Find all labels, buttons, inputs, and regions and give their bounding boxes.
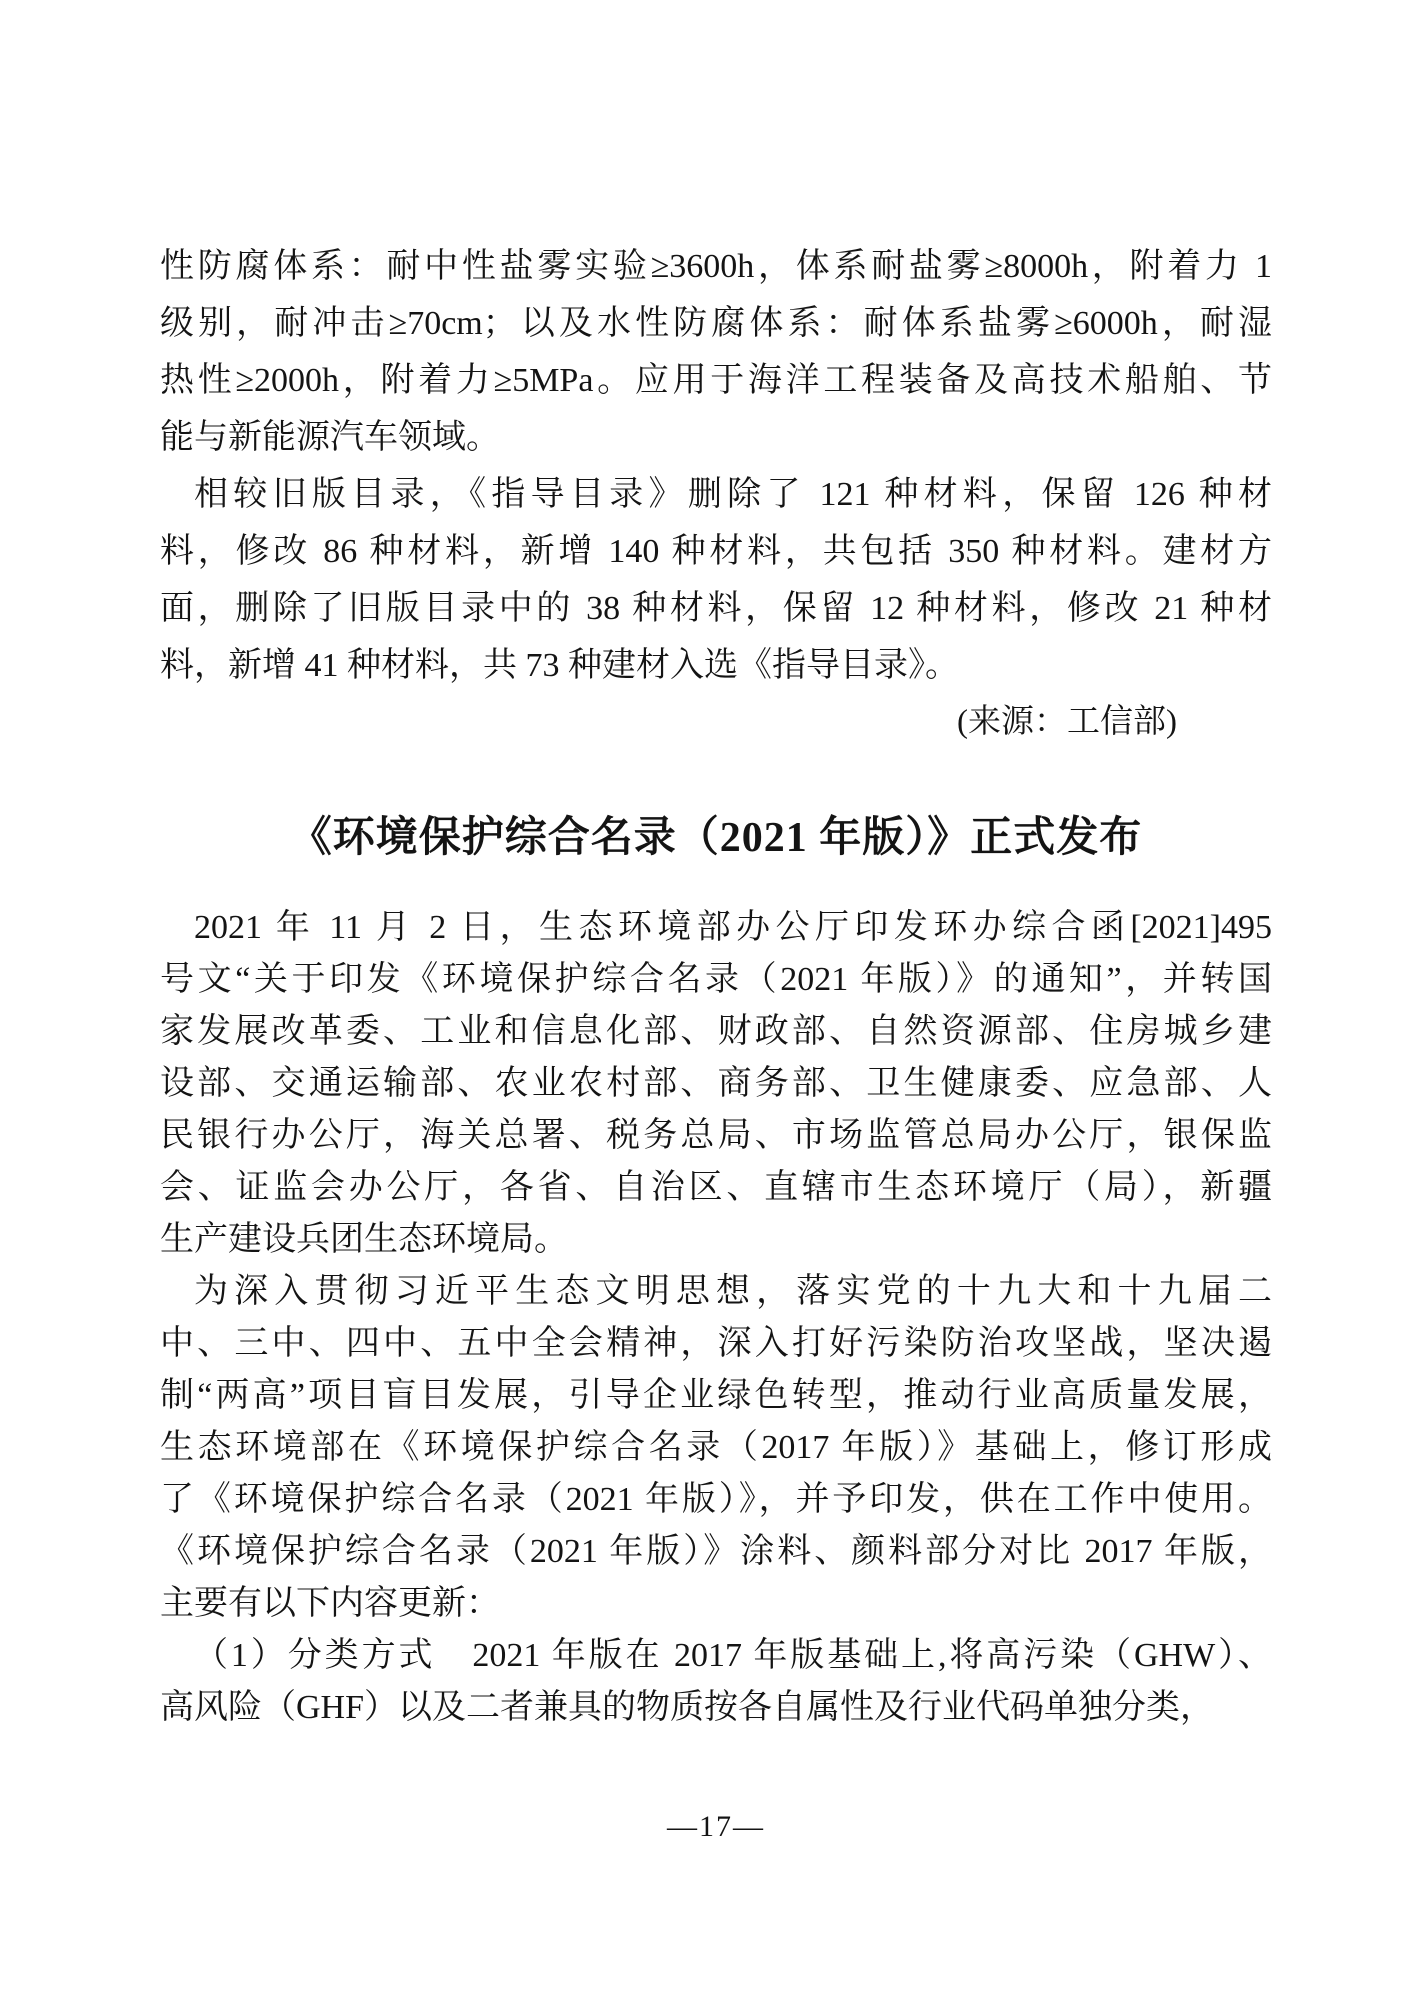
text-line: 面，删除了旧版目录中的 38 种材料，保留 12 种材料，修改 21 种材 [160,580,1272,637]
text-line: 相较旧版目录，《指导目录》删除了 121 种材料，保留 126 种材 [160,466,1272,523]
paragraph-anticorrosion: 性防腐体系：耐中性盐雾实验≥3600h，体系耐盐雾≥8000h，附着力 1 级别… [160,238,1272,466]
article-heading: 《环境保护综合名录（2021 年版）》正式发布 [160,808,1272,868]
paragraph-classification: （1）分类方式 2021 年版在 2017 年版基础上,将高污染（GHW）、 高… [160,1630,1272,1734]
paragraph-catalog-statistics: 相较旧版目录，《指导目录》删除了 121 种材料，保留 126 种材 料，修改 … [160,466,1272,694]
document-page: 性防腐体系：耐中性盐雾实验≥3600h，体系耐盐雾≥8000h，附着力 1 级别… [0,0,1415,2000]
page-number: —17— [160,1810,1272,1844]
text-line: （1）分类方式 2021 年版在 2017 年版基础上,将高污染（GHW）、 [160,1630,1272,1682]
text-line: 能与新能源汽车领域。 [160,409,1272,466]
text-line: 料，新增 41 种材料，共 73 种建材入选《指导目录》。 [160,637,1272,694]
text-line: 号文“关于印发《环境保护综合名录（2021 年版）》的通知”，并转国 [160,954,1272,1006]
source-note: (来源：工信部) [160,694,1272,751]
text-line: 设部、交通运输部、农业农村部、商务部、卫生健康委、应急部、人 [160,1058,1272,1110]
text-line: 中、三中、四中、五中全会精神，深入打好污染防治攻坚战，坚决遏 [160,1318,1272,1370]
text-line: 制“两高”项目盲目发展，引导企业绿色转型，推动行业高质量发展， [160,1370,1272,1422]
section-materials-catalog: 性防腐体系：耐中性盐雾实验≥3600h，体系耐盐雾≥8000h，附着力 1 级别… [160,238,1272,751]
text-line: 生态环境部在《环境保护综合名录（2017 年版）》基础上，修订形成 [160,1422,1272,1474]
text-line: 《环境保护综合名录（2021 年版）》涂料、颜料部分对比 2017 年版， [160,1526,1272,1578]
text-line: 主要有以下内容更新： [160,1578,1272,1630]
text-line: 为深入贯彻习近平生态文明思想，落实党的十九大和十九届二 [160,1266,1272,1318]
text-line: 生产建设兵团生态环境局。 [160,1214,1272,1266]
text-line: 2021 年 11 月 2 日，生态环境部办公厅印发环办综合函[2021]495 [160,902,1272,954]
paragraph-issuance: 2021 年 11 月 2 日，生态环境部办公厅印发环办综合函[2021]495… [160,902,1272,1266]
text-line: 了《环境保护综合名录（2021 年版）》，并予印发，供在工作中使用。 [160,1474,1272,1526]
text-line: 料，修改 86 种材料，新增 140 种材料，共包括 350 种材料。建材方 [160,523,1272,580]
text-line: 级别，耐冲击≥70cm；以及水性防腐体系：耐体系盐雾≥6000h，耐湿 [160,295,1272,352]
document-content: 性防腐体系：耐中性盐雾实验≥3600h，体系耐盐雾≥8000h，附着力 1 级别… [160,0,1272,1844]
paragraph-background: 为深入贯彻习近平生态文明思想，落实党的十九大和十九届二 中、三中、四中、五中全会… [160,1266,1272,1630]
text-line: 民银行办公厅，海关总署、税务总局、市场监管总局办公厅，银保监 [160,1110,1272,1162]
text-line: 热性≥2000h，附着力≥5MPa。应用于海洋工程装备及高技术船舶、节 [160,352,1272,409]
text-line: 性防腐体系：耐中性盐雾实验≥3600h，体系耐盐雾≥8000h，附着力 1 [160,238,1272,295]
text-line: 家发展改革委、工业和信息化部、财政部、自然资源部、住房城乡建 [160,1006,1272,1058]
section-environmental-catalog: 2021 年 11 月 2 日，生态环境部办公厅印发环办综合函[2021]495… [160,902,1272,1734]
text-line: 高风险（GHF）以及二者兼具的物质按各自属性及行业代码单独分类， [160,1682,1272,1734]
text-line: 会、证监会办公厅，各省、自治区、直辖市生态环境厅（局），新疆 [160,1162,1272,1214]
